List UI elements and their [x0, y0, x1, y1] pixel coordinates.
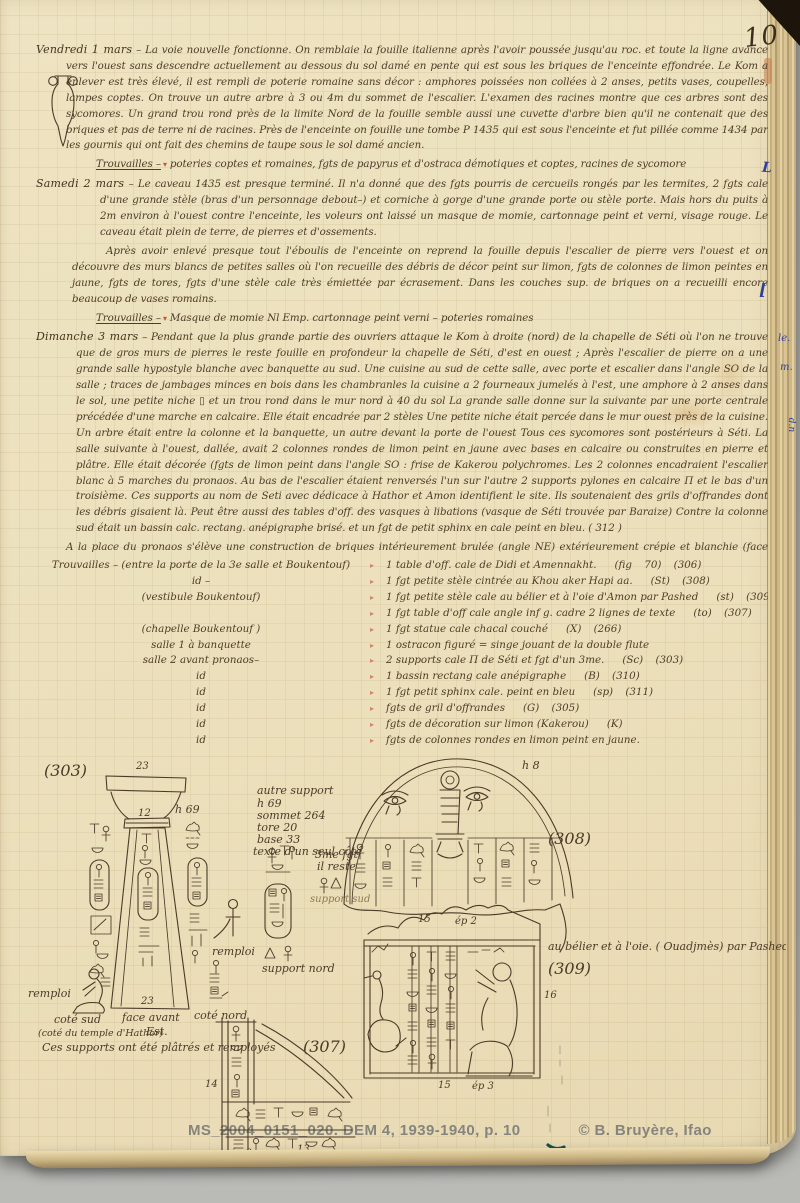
page-bottom-edge	[26, 1147, 770, 1169]
find-location: id	[36, 685, 366, 701]
find-item: 1 ostracon figuré = singe jouant de la d…	[378, 638, 649, 654]
support-nord-label: support nord	[262, 962, 335, 975]
cote-sud-sub-label: (coté du temple d'Hathor)	[38, 1028, 163, 1039]
face-avant-sub-label: Est.	[145, 1025, 168, 1038]
column-capital	[106, 776, 186, 792]
red-tick: ▾	[163, 160, 167, 169]
field-sketches: (303) 23 12 h 69 23	[0, 746, 786, 1158]
find-refs: (to) (307)	[693, 606, 751, 622]
find-refs: (st) (309)	[716, 590, 768, 606]
fig303-support-sketch: (303) 23 12 h 69 23	[28, 761, 370, 1054]
find-row: salle 1 à banquette▸1 ostracon figuré = …	[36, 638, 768, 654]
fig309-stela-sketch: au bélier et à l'oie. ( Ouadjmès) par Pa…	[364, 905, 786, 1092]
find-location: salle 1 à banquette	[36, 638, 366, 654]
find-item: 1 fgt statue cale chacal couché	[378, 622, 548, 638]
pencil-traces	[548, 1046, 562, 1132]
trouvailles-line: Trouvailles –▾poteries coptes et romaine…	[36, 157, 768, 173]
kneeling-figure-sketch	[73, 969, 104, 1013]
glyph-columns	[407, 946, 457, 1072]
trouvailles-text: poteries coptes et romaines, fgts de pap…	[170, 158, 686, 170]
trouvailles-label: Trouvailles –	[96, 158, 161, 170]
margin-note-blue: d.n	[786, 418, 796, 432]
journal-entries: Vendredi 1 mars – La voie nouvelle fonct…	[36, 42, 768, 556]
cote-sud-label: coté sud	[54, 1013, 101, 1026]
journal-entry-sunday: Dimanche 3 mars – Pendant que la plus gr…	[36, 329, 768, 537]
find-refs: (sp) (311)	[593, 685, 653, 701]
find-refs: (K)	[607, 717, 623, 733]
red-tick: ▸	[366, 685, 378, 701]
find-item: 1 fgt table d'off cale angle inf g. cadr…	[378, 606, 675, 622]
fig303-dim-base: 23	[140, 996, 154, 1007]
entry-paragraph: Après avoir enlevé presque tout l'ébouli…	[36, 244, 768, 308]
find-item: 1 bassin rectang cale anépigraphe	[378, 669, 566, 685]
find-location: id –	[36, 574, 366, 590]
find-location: Trouvailles – (entre la porte de la 3e s…	[36, 558, 366, 574]
find-item: 2 supports cale Π de Séti et fgt d'un 3m…	[378, 653, 604, 669]
remploi-label: remploi	[28, 987, 71, 1000]
cote-nord-label: coté nord	[194, 1009, 247, 1022]
find-item: 1 fgt petite stèle cintrée au Khou aker …	[378, 574, 633, 590]
fig308-dim-ep: ép 2	[455, 916, 477, 927]
find-row: id▸1 bassin rectang cale anépigraphe(B) …	[36, 669, 768, 685]
entry-body: – Le caveau 1435 est presque terminé. Il…	[100, 178, 768, 238]
red-tick: ▸	[366, 653, 378, 669]
find-row: id▸fgts de gril d'offrandes(G) (305)	[36, 701, 768, 717]
trouvailles-line: Trouvailles –▾Masque de momie Nl Emp. ca…	[36, 311, 768, 327]
cartouche	[138, 868, 158, 920]
find-refs: (B) (310)	[584, 669, 640, 685]
red-tick: ▸	[366, 622, 378, 638]
find-item: 1 fgt petit sphinx cale. peint en bleu	[378, 685, 575, 701]
red-tick: ▸	[366, 717, 378, 733]
fig309-label: (309)	[548, 959, 591, 978]
fig303-caption: Ces supports ont été plâtrés et remployé…	[42, 1041, 276, 1054]
broken-top-edge	[368, 905, 540, 934]
wedjat-eye-left	[382, 791, 408, 815]
red-tick: ▸	[366, 574, 378, 590]
find-item: 1 table d'off. cale de Didi et Amennakht…	[378, 558, 597, 574]
find-item: 1 fgt petite stèle cale au bélier et à l…	[378, 590, 698, 606]
fig303-dim-cap: 12	[138, 808, 151, 819]
find-item: fgts de gril d'offrandes	[378, 701, 505, 717]
find-refs: (G) (305)	[523, 701, 579, 717]
cote-sud-strip	[90, 824, 111, 986]
find-row: salle 2 avant pronaos–▸2 supports cale Π…	[36, 653, 768, 669]
find-row: (chapelle Boukentouf )▸1 fgt statue cale…	[36, 622, 768, 638]
notebook-page: 10 Vendredi 1 mars – La voie nouvelle fo…	[0, 0, 796, 1156]
support-notes: autre support h 69 sommet 264 tore 20 ba…	[253, 784, 363, 858]
cote-nord-strip	[186, 822, 207, 963]
red-tick: ▸	[366, 701, 378, 717]
margin-note-blue: m.	[780, 362, 793, 373]
find-row: ▸1 fgt table d'off cale angle inf g. cad…	[36, 606, 768, 622]
find-location: salle 2 avant pronaos–	[36, 653, 366, 669]
find-row: id –▸1 fgt petite stèle cintrée au Khou …	[36, 574, 768, 590]
find-location: (vestibule Boukentouf)	[36, 590, 366, 606]
fig307-label: (307)	[303, 1037, 346, 1056]
red-tick: ▾	[163, 314, 167, 323]
find-row: Trouvailles – (entre la porte de la 3e s…	[36, 558, 768, 574]
red-tick: ▸	[366, 606, 378, 622]
trouvailles-label: Trouvailles –	[96, 312, 161, 324]
margin-note-blue: [	[759, 280, 767, 299]
find-refs: (X) (266)	[566, 622, 621, 638]
cartouche	[90, 860, 109, 910]
fig309-dim-w: 15	[438, 1080, 451, 1091]
trouvailles-text: Masque de momie Nl Emp. cartonnage peint…	[170, 312, 534, 324]
find-row: id▸1 fgt petit sphinx cale. peint en ble…	[36, 685, 768, 701]
find-refs: (fig 70) (306)	[615, 558, 702, 574]
find-location: id	[36, 701, 366, 717]
column-shaft	[111, 828, 189, 1009]
adorant-figure	[466, 948, 532, 1076]
entry-date: Vendredi 1 mars	[36, 43, 132, 56]
entry-body: – Pendant que la plus grande partie des …	[76, 331, 768, 534]
entry-paragraph: A la place du pronaos s'élève une constr…	[36, 540, 768, 556]
ankh-staff-sketch	[214, 900, 240, 939]
red-tick: ▸	[366, 638, 378, 654]
entry-date: Dimanche 3 mars	[36, 330, 138, 343]
find-item: fgts de décoration sur limon (Kakerou)	[378, 717, 589, 733]
find-refs: (Sc) (303)	[622, 653, 683, 669]
fig308-dim-h: h 8	[522, 759, 540, 772]
find-location: (chapelle Boukentouf )	[36, 622, 366, 638]
journal-entry-saturday: Samedi 2 mars – Le caveau 1435 est presq…	[36, 176, 768, 241]
red-tick: ▸	[366, 669, 378, 685]
red-tick: ▸	[366, 590, 378, 606]
find-location: id	[36, 669, 366, 685]
find-row: id▸fgts de décoration sur limon (Kakerou…	[36, 717, 768, 733]
fig309-dim-h: 16	[544, 990, 557, 1001]
frag-note: il reste	[317, 860, 356, 873]
finds-list: Trouvailles – (entre la porte de la 3e s…	[36, 558, 768, 750]
fig303-dim-top: 23	[135, 761, 149, 772]
fig307-dim-h: 14	[205, 1079, 218, 1090]
svg-text:autre support: autre support	[257, 784, 334, 797]
margin-note-blue: le.	[778, 333, 790, 344]
find-location: id	[36, 717, 366, 733]
support-sud-label: support sud	[310, 894, 370, 905]
entry-body: – La voie nouvelle fonctionne. On rembla…	[66, 44, 768, 151]
fig308-stela-sketch: h 8 (308) 15 ép 2	[344, 759, 591, 952]
fig308-label: (308)	[548, 829, 591, 848]
central-emblem	[436, 771, 464, 858]
fig309-caption: au bélier et à l'oie. ( Ouadjmès) par Pa…	[548, 940, 786, 953]
fig309-dim-ep: ép 3	[472, 1081, 494, 1092]
margin-note-blue: L	[761, 160, 772, 177]
fig303-dim-h: h 69	[175, 803, 200, 816]
fig303-label: (303)	[44, 761, 87, 780]
remploi-label: remploi	[212, 945, 255, 958]
wedjat-eye-right	[464, 787, 490, 811]
find-row: (vestibule Boukentouf)▸1 fgt petite stèl…	[36, 590, 768, 606]
red-tick: ▸	[366, 558, 378, 574]
face-avant-label: face avant	[121, 1011, 180, 1024]
find-refs: (St) (308)	[651, 574, 710, 590]
entry-date: Samedi 2 mars	[36, 177, 124, 190]
journal-entry-friday: Vendredi 1 mars – La voie nouvelle fonct…	[36, 42, 768, 154]
fig307-offering-table-sketch: (307) 14 ép 9 13	[205, 1018, 355, 1158]
extra-glyph-column	[210, 960, 228, 998]
